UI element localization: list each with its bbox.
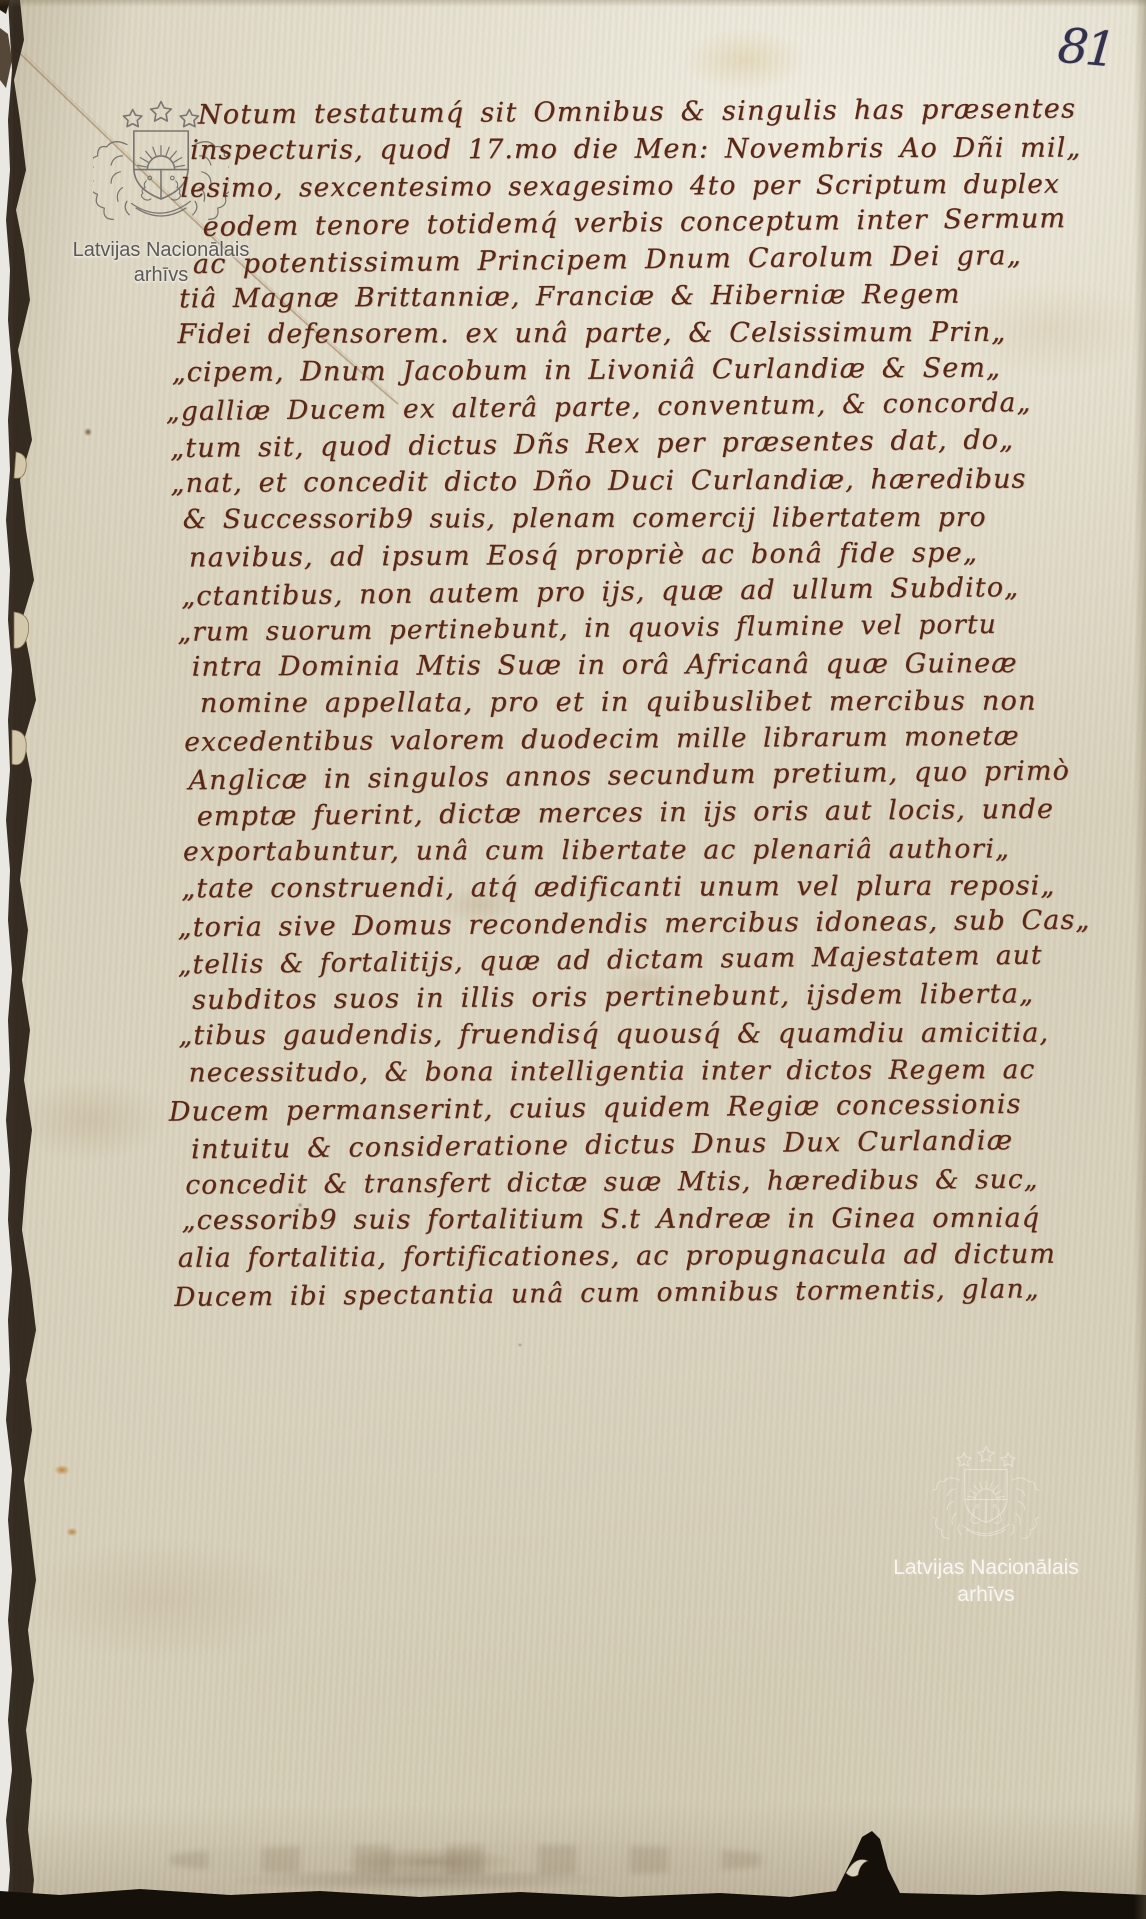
manuscript-line: intra Dominia Mtis Suæ in orâ Africanâ q… [192,649,966,689]
manuscript-line: „tum sit, quod dictus Dñs Rex per præsen… [170,425,964,470]
manuscript-line: & Successorib9 suis, plenam comercij lib… [183,502,965,541]
manuscript-line: „cessorib9 suis fortalitium S.t Andreæ i… [182,1203,970,1242]
top-edge-shadow [0,0,1146,7]
page-number: 81 [1056,18,1116,79]
manuscript-line: Notum testatumq́ sit Omnibus & singulis … [198,94,962,136]
archive-watermark-bottom: Latvijas Nacionālais arhīvs [856,1438,1116,1608]
manuscript-line: emptæ fuerint, dictæ merces in ijs oris … [197,794,967,838]
manuscript-line: exportabuntur, unâ cum libertate ac plen… [183,833,967,873]
manuscript-line: concedit & transfert dictæ suæ Mtis, hær… [185,1164,969,1206]
watermark-text-line2: arhīvs [856,1581,1116,1608]
right-edge-shadow [1134,0,1146,1919]
manuscript-line: navibus, ad ipsum Eosq́ propriè ac bonâ … [189,537,965,579]
manuscript-text: Notum testatumq́ sit Omnibus & singulis … [172,94,970,1317]
manuscript-line: necessitudo, & bona intelligentia inter … [189,1055,969,1095]
manuscript-line: „tibus gaudendis, fruendisq́ quousq́ & q… [178,1018,968,1057]
manuscript-line: „tate construendi, atq́ ædificanti unum … [181,870,967,910]
manuscript-line: Ducem ibi spectantia unâ cum omnibus tor… [174,1274,970,1319]
scanned-manuscript-page: Latvijas Nacionālais arhīvs 81 Notum tes… [0,0,1146,1919]
manuscript-line: alia fortalitia, fortificationes, ac pro… [178,1239,970,1280]
watermark-text-line1: Latvijas Nacionālais [856,1554,1116,1581]
manuscript-line: Fidei defensorem. ex unâ parte, & Celsis… [177,317,963,356]
manuscript-line: „rum suorum pertinebunt, in quovis flumi… [177,610,965,654]
latvia-coat-of-arms-icon [933,1438,1039,1554]
manuscript-line: tiâ Magnæ Brittanniæ, Franciæ & Hiberniæ… [179,279,963,321]
manuscript-line: subditos suos in illis oris pertinebunt,… [192,979,968,1022]
manuscript-line: lesimo, sexcentesimo sexagesimo 4to per … [180,169,962,210]
manuscript-line: „nat, et concedit dicto Dño Duci Curland… [170,464,964,505]
manuscript-line: nomine appellata, pro et in quibuslibet … [200,686,966,725]
torn-left-edge [0,0,42,1919]
manuscript-line: inspecturis, quod 17.mo die Men: Novembr… [190,133,962,172]
torn-bottom-edge [0,1827,1146,1919]
